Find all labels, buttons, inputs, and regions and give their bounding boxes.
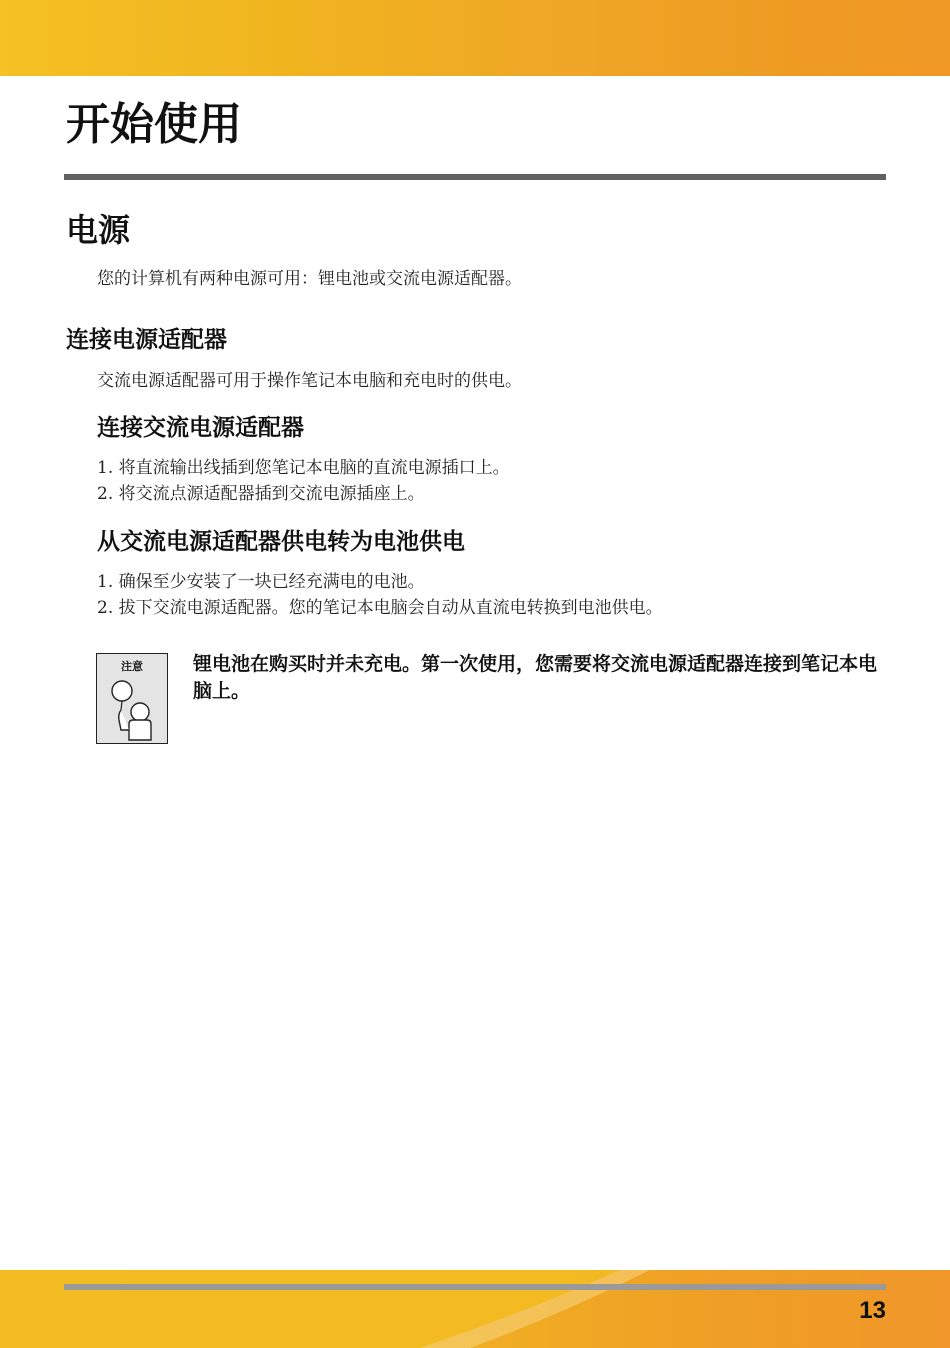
footer-band [0,1270,950,1348]
procedure-steps: 1. 确保至少安装了一块已经充满电的电池。 2. 拔下交流电源适配器。您的笔记本… [97,569,663,621]
title-divider [64,174,886,180]
step-item: 1. 将直流输出线插到您笔记本电脑的直流电源插口上。 [97,455,510,481]
step-item: 1. 确保至少安装了一块已经充满电的电池。 [97,569,663,595]
procedure-steps: 1. 将直流输出线插到您笔记本电脑的直流电源插口上。 2. 将交流点源适配器插到… [97,455,510,507]
note-icon-box: 注意 [96,653,168,744]
subsection-text: 交流电源适配器可用于操作笔记本电脑和充电时的供电。 [97,369,522,393]
step-item: 2. 拔下交流电源适配器。您的笔记本电脑会自动从直流电转换到电池供电。 [97,595,663,621]
page-title: 开始使用 [66,98,242,152]
section-title: 电源 [66,210,130,250]
header-band [0,0,950,76]
procedure-title: 连接交流电源适配器 [97,413,304,443]
note-text: 锂电池在购买时并未充电。第一次使用，您需要将交流电源适配器连接到笔记本电脑上。 [193,651,893,705]
footer-divider [64,1284,886,1290]
person-speech-bubble-icon [97,654,169,745]
step-item: 2. 将交流点源适配器插到交流电源插座上。 [97,481,510,507]
section-intro: 您的计算机有两种电源可用：锂电池或交流电源适配器。 [97,267,522,291]
page-number: 13 [859,1297,886,1325]
subsection-title: 连接电源适配器 [66,325,227,355]
swoosh-decoration [0,1270,950,1348]
procedure-title: 从交流电源适配器供电转为电池供电 [97,527,465,557]
